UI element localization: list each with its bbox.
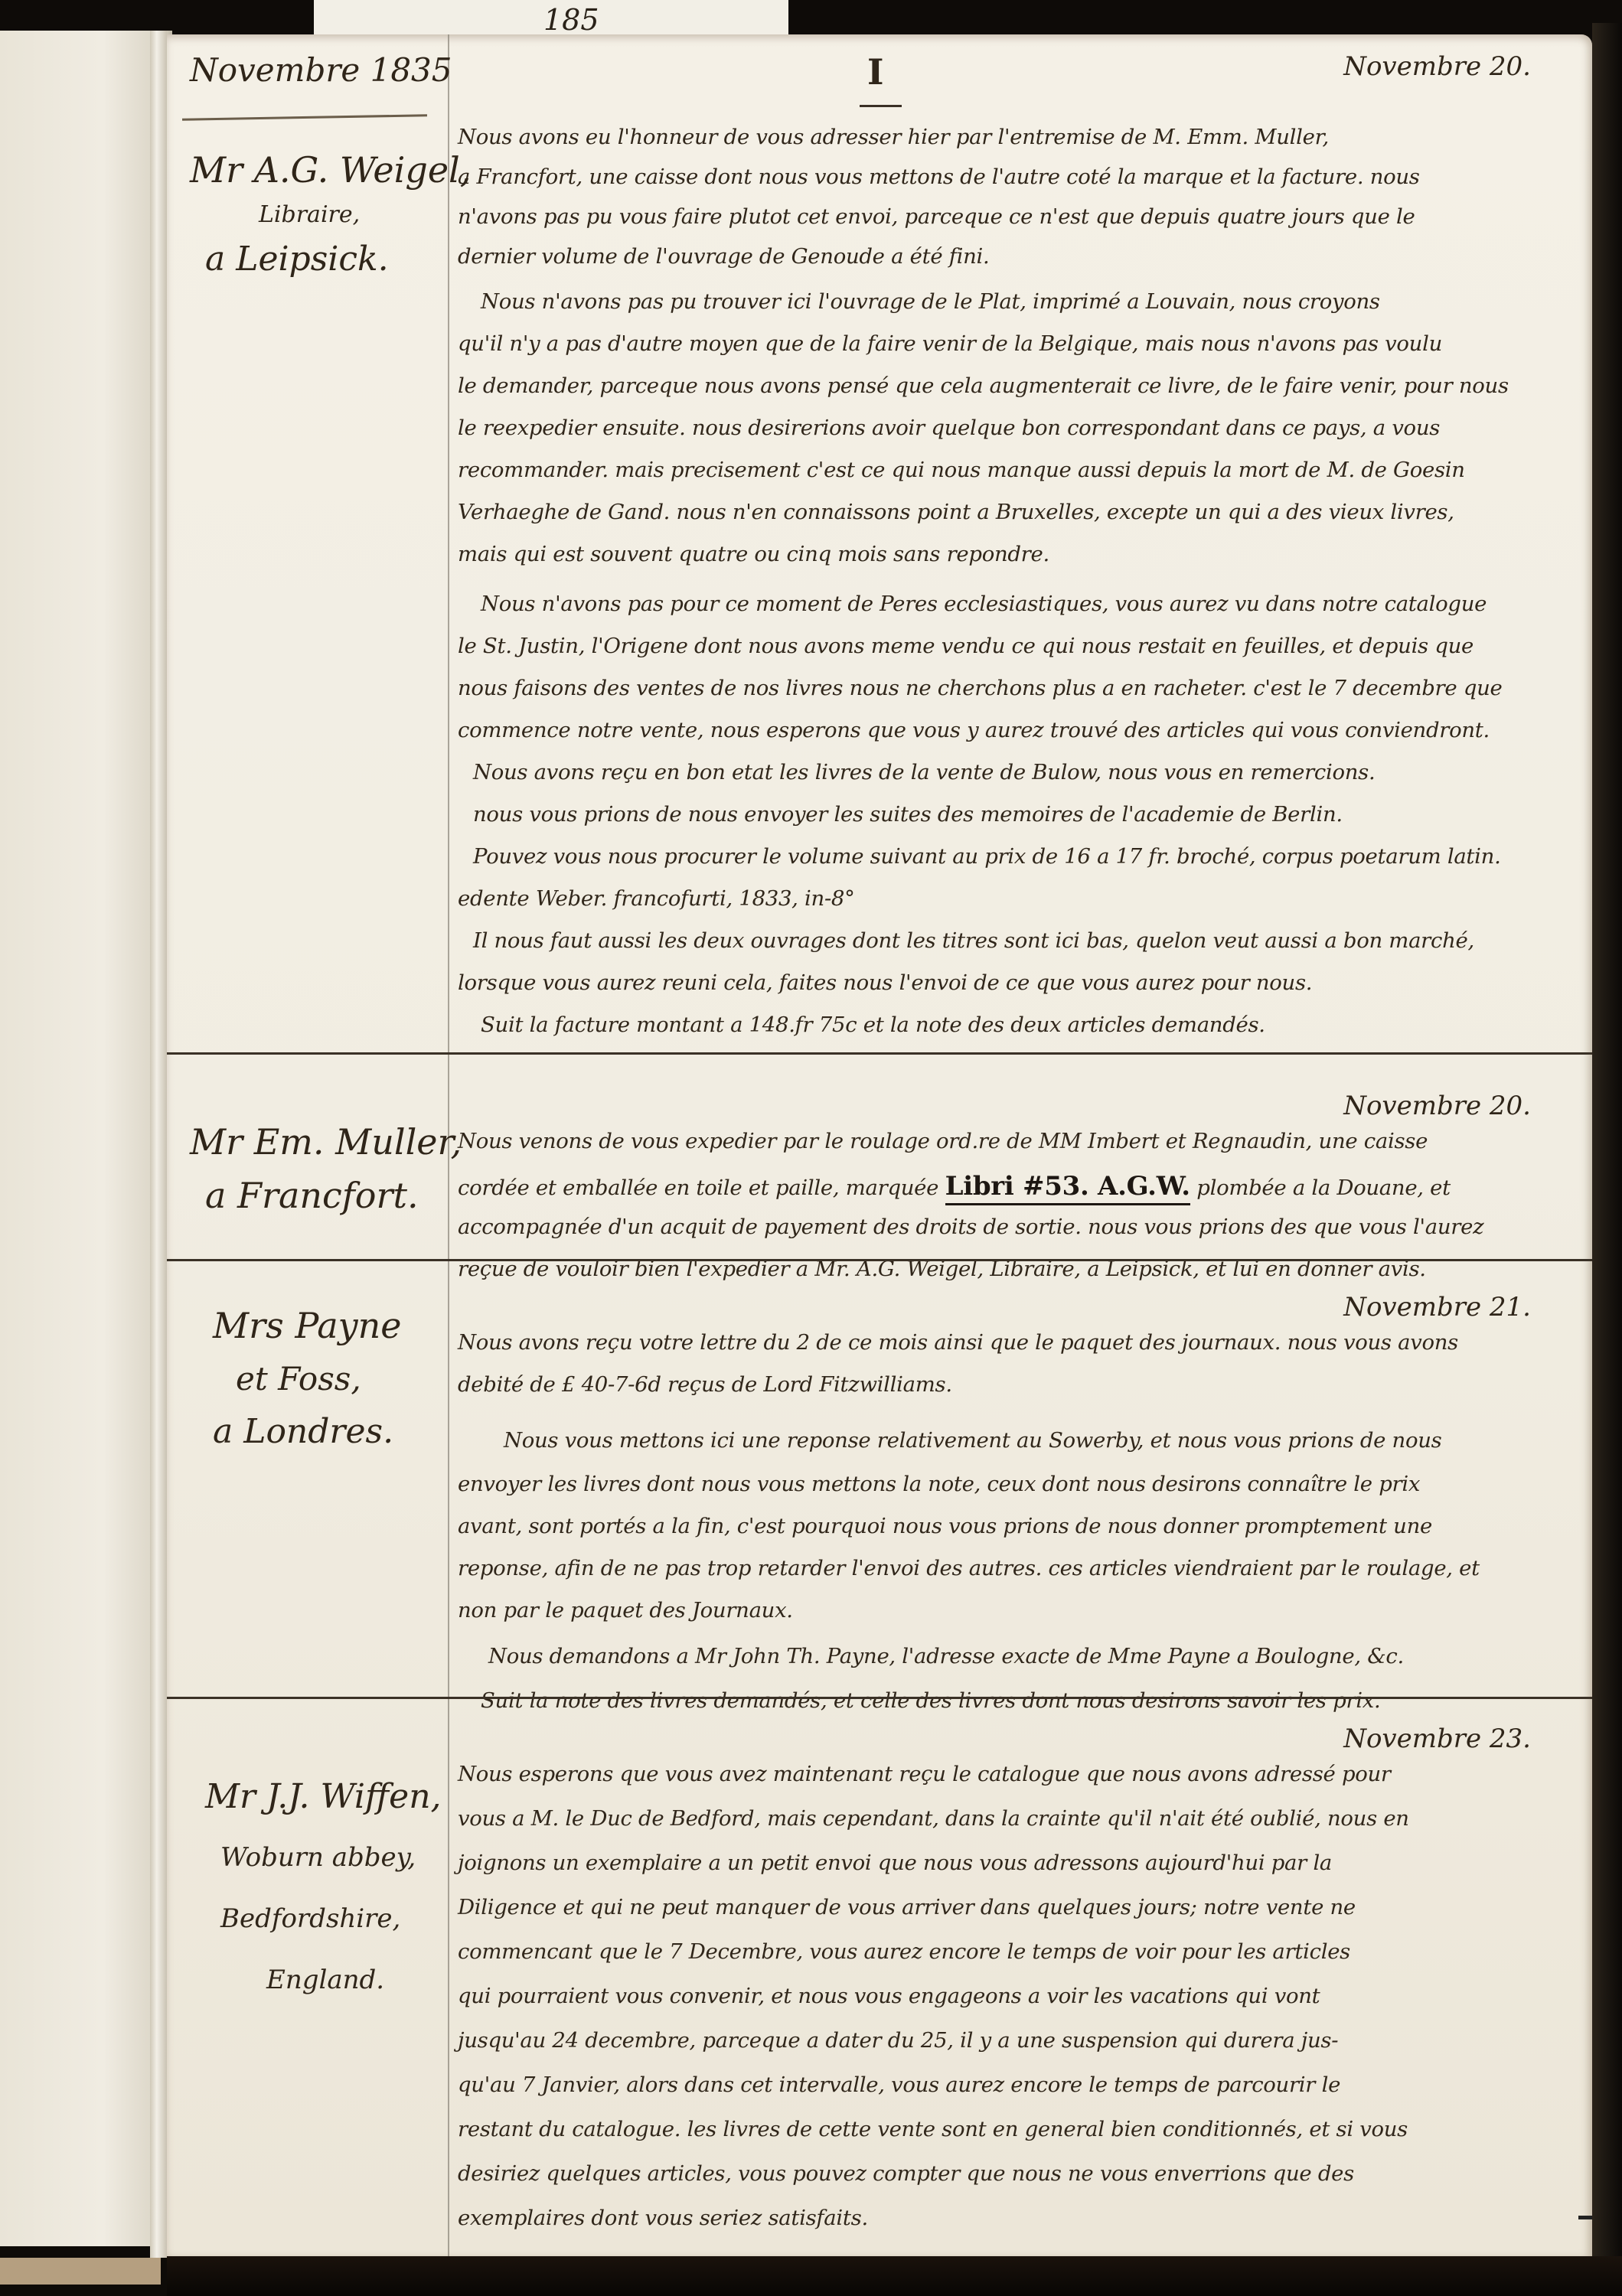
letter-line: Verhaeghe de Gand. nous n'en connaissons…: [458, 500, 1454, 524]
letter-line: commencant que le 7 Decembre, vous aurez…: [458, 1939, 1350, 1964]
letter-line: non par le paquet des Journaux.: [458, 1598, 793, 1623]
letter-line: commence notre vente, nous esperons que …: [458, 718, 1490, 742]
book-edge-right: [1592, 23, 1622, 2296]
letter-line: mais qui est souvent quatre ou cinq mois…: [458, 542, 1049, 566]
recipient-name: Mr A.G. Weigel,: [190, 149, 471, 191]
letter-line: restant du catalogue. les livres de cett…: [458, 2117, 1408, 2141]
letter-line: Nous avons reçu votre lettre du 2 de ce …: [458, 1330, 1458, 1355]
letter-line: vous a M. le Duc de Bedford, mais cepend…: [458, 1806, 1409, 1831]
letter-line: envoyer les livres dont nous vous metton…: [458, 1472, 1420, 1496]
recipient-name: Mrs Payne: [213, 1305, 401, 1346]
recipient-title: Libraire,: [259, 201, 360, 228]
letter-line: nous vous prions de nous envoyer les sui…: [473, 802, 1343, 827]
recipient-county: Bedfordshire,: [220, 1903, 400, 1934]
recipient-city: a Londres.: [213, 1412, 393, 1451]
page-edge-mark: [1578, 2216, 1592, 2219]
entry-date: Novembre 20.: [1343, 1091, 1531, 1121]
recipient-city: a Leipsick.: [205, 240, 389, 279]
recipient-partner: et Foss,: [236, 1360, 361, 1397]
letter-line: exemplaires dont vous seriez satisfaits.: [458, 2206, 868, 2230]
recipient-address: Woburn abbey,: [220, 1842, 416, 1873]
letter-line: qu'au 7 Janvier, alors dans cet interval…: [458, 2073, 1340, 2097]
entry-divider: [167, 1259, 1592, 1261]
letter-line: jusqu'au 24 decembre, parceque a dater d…: [458, 2028, 1338, 2053]
letter-line: joignons un exemplaire a un petit envoi …: [458, 1851, 1332, 1875]
letter-line: Nous avons reçu en bon etat les livres d…: [473, 760, 1375, 784]
archive-slip-number: 185: [543, 3, 599, 37]
facing-page-left: [0, 31, 172, 2246]
letter-line-text: plombée a la Douane, et: [1196, 1176, 1451, 1200]
letter-line: qu'il n'y a pas d'autre moyen que de la …: [458, 331, 1442, 356]
letter-line: Nous n'avons pas pour ce moment de Peres…: [481, 592, 1487, 616]
letter-line: le reexpedier ensuite. nous desirerions …: [458, 416, 1440, 440]
letter-line: avant, sont portés a la fin, c'est pourq…: [458, 1514, 1432, 1538]
letter-line: Nous n'avons pas pu trouver ici l'ouvrag…: [481, 289, 1380, 314]
letter-line: Suit la facture montant a 148.fr 75c et …: [481, 1013, 1265, 1037]
entry-date: Novembre 21.: [1343, 1292, 1531, 1322]
letter-line: cordée et emballée en toile et paille, m…: [458, 1171, 1451, 1202]
page-number: I: [867, 51, 884, 93]
recipient-country: England.: [266, 1965, 384, 1995]
letter-line: nous faisons des ventes de nos livres no…: [458, 676, 1503, 700]
recipient-city: a Francfort.: [205, 1175, 419, 1216]
page-header-date: Novembre 1835: [190, 51, 452, 89]
letter-line-text: cordée et emballée en toile et paille, m…: [458, 1176, 938, 1200]
letter-line: Diligence et qui ne peut manquer de vous…: [458, 1895, 1356, 1919]
letter-line: Nous venons de vous expedier par le roul…: [458, 1129, 1428, 1153]
crate-mark: Libri #53. A.G.W.: [945, 1171, 1190, 1205]
entry-date: Novembre 23.: [1343, 1724, 1531, 1754]
recipient-name: Mr J.J. Wiffen,: [205, 1777, 442, 1816]
book-edge-bottom: [167, 2256, 1622, 2296]
letter-line: accompagnée d'un acquit de payement des …: [458, 1215, 1483, 1239]
letter-line: debité de £ 40-7-6d reçus de Lord Fitzwi…: [458, 1372, 952, 1397]
letter-line: recommander. mais precisement c'est ce q…: [458, 458, 1465, 482]
letter-line: reponse, afin de ne pas trop retarder l'…: [458, 1556, 1480, 1580]
letter-line: Suit la note des livres demandés, et cel…: [481, 1688, 1380, 1713]
letter-line: le demander, parceque nous avons pensé q…: [458, 373, 1509, 398]
page-number-underline: [860, 105, 902, 107]
entry-divider: [167, 1052, 1592, 1055]
letter-line: Nous demandons a Mr John Th. Payne, l'ad…: [488, 1644, 1404, 1668]
letter-line: Nous esperons que vous avez maintenant r…: [458, 1762, 1391, 1786]
header-underline: [182, 114, 427, 121]
book-gutter: [150, 31, 167, 2258]
letter-line: Nous avons eu l'honneur de vous adresser…: [458, 125, 1329, 149]
letter-line: Pouvez vous nous procurer le volume suiv…: [473, 844, 1501, 869]
letter-line: edente Weber. francofurti, 1833, in-8°: [458, 886, 855, 911]
recipient-name: Mr Em. Muller,: [190, 1121, 462, 1163]
letter-line: qui pourraient vous convenir, et nous vo…: [458, 1984, 1320, 2008]
letterbook-page: Novembre 1835 I Mr A.G. Weigel, Libraire…: [167, 34, 1592, 2258]
letter-line: dernier volume de l'ouvrage de Genoude a…: [458, 244, 989, 269]
letter-line: lorsque vous aurez reuni cela, faites no…: [458, 970, 1312, 995]
letter-line: Il nous faut aussi les deux ouvrages don…: [473, 928, 1474, 953]
letter-line: desiriez quelques articles, vous pouvez …: [458, 2161, 1354, 2186]
letter-line: n'avons pas pu vous faire plutot cet env…: [458, 204, 1415, 229]
entry-date: Novembre 20.: [1343, 51, 1531, 82]
book-edge-left: [0, 2258, 161, 2285]
letter-line: le St. Justin, l'Origene dont nous avons…: [458, 634, 1474, 658]
letter-line: a Francfort, une caisse dont nous vous m…: [458, 165, 1420, 189]
entry-divider: [167, 1697, 1592, 1699]
letter-line: Nous vous mettons ici une reponse relati…: [504, 1428, 1441, 1453]
